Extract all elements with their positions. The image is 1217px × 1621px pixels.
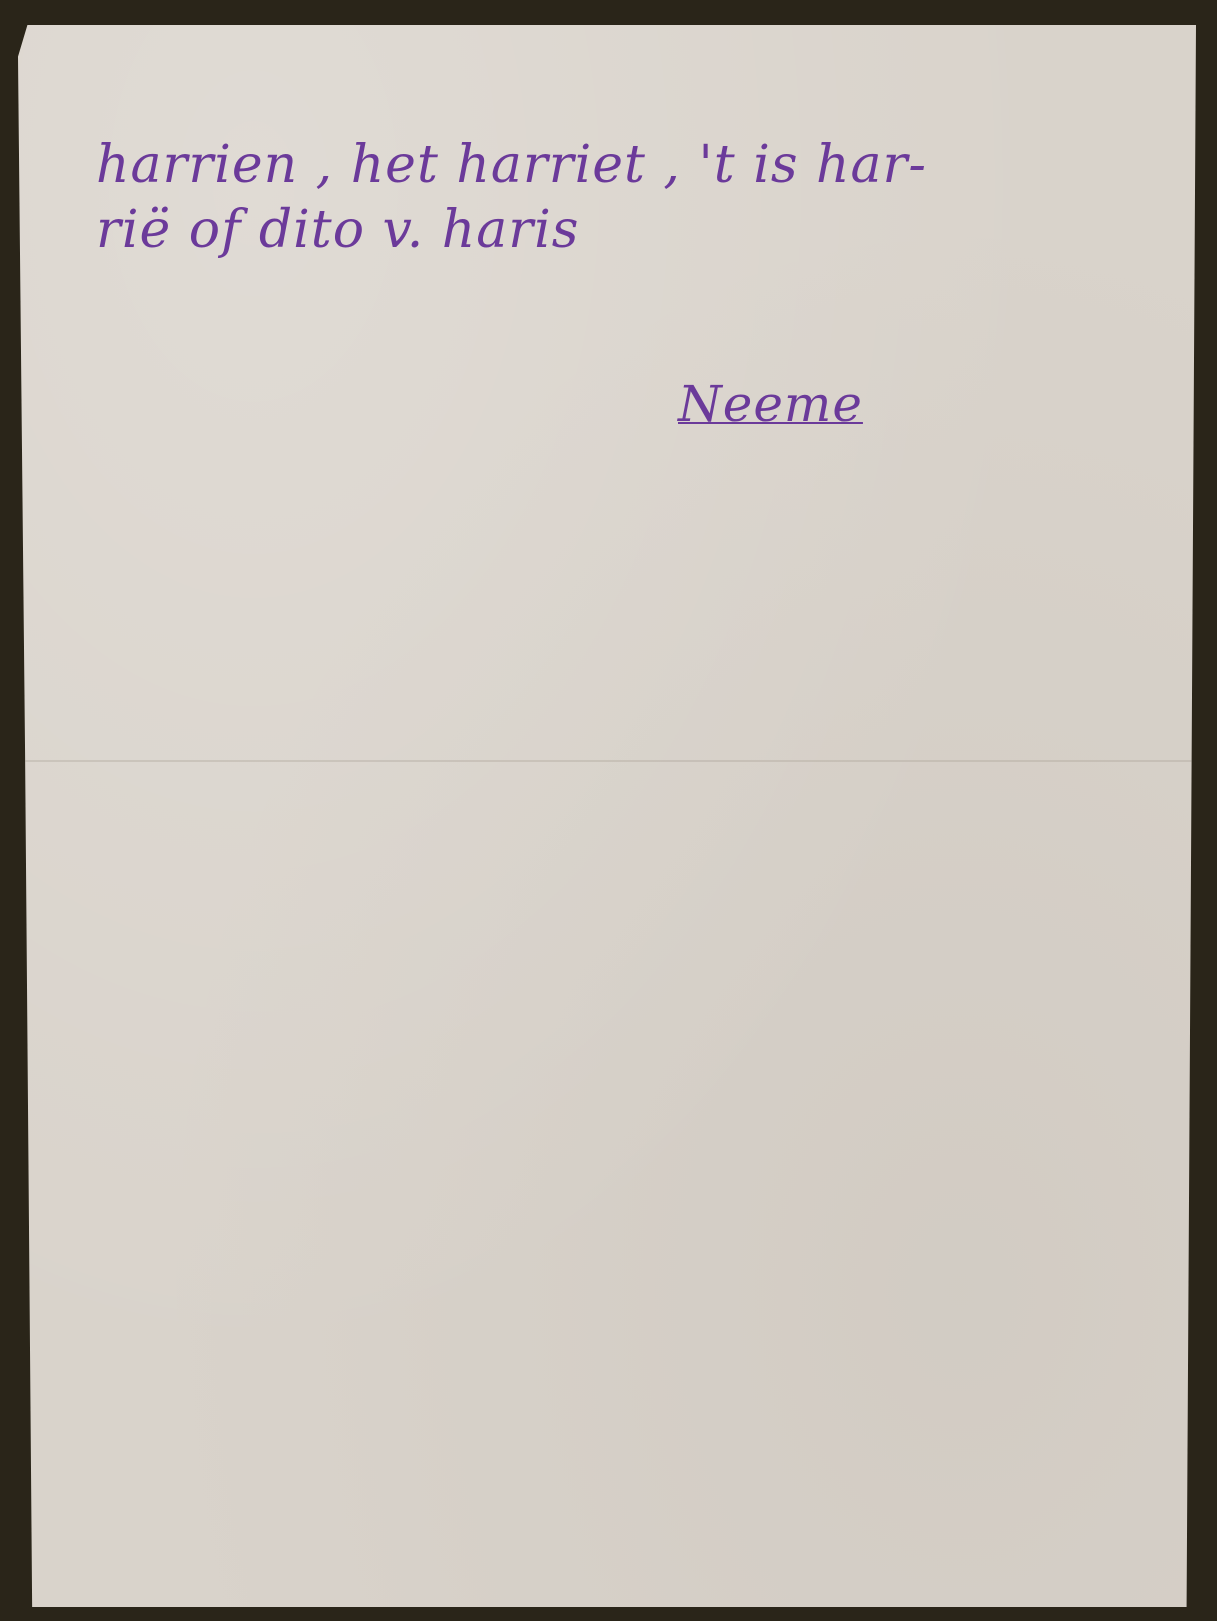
handwriting-line-2: rië of dito v. haris	[96, 200, 579, 260]
handwriting-line-1: harrien , het harriet , 't is har-	[96, 135, 927, 195]
fold-line	[18, 760, 1196, 762]
handwritten-signature: Neeme	[678, 375, 863, 433]
letter-page: ​ harrien , het harriet , 't is har- rië…	[18, 25, 1196, 1607]
